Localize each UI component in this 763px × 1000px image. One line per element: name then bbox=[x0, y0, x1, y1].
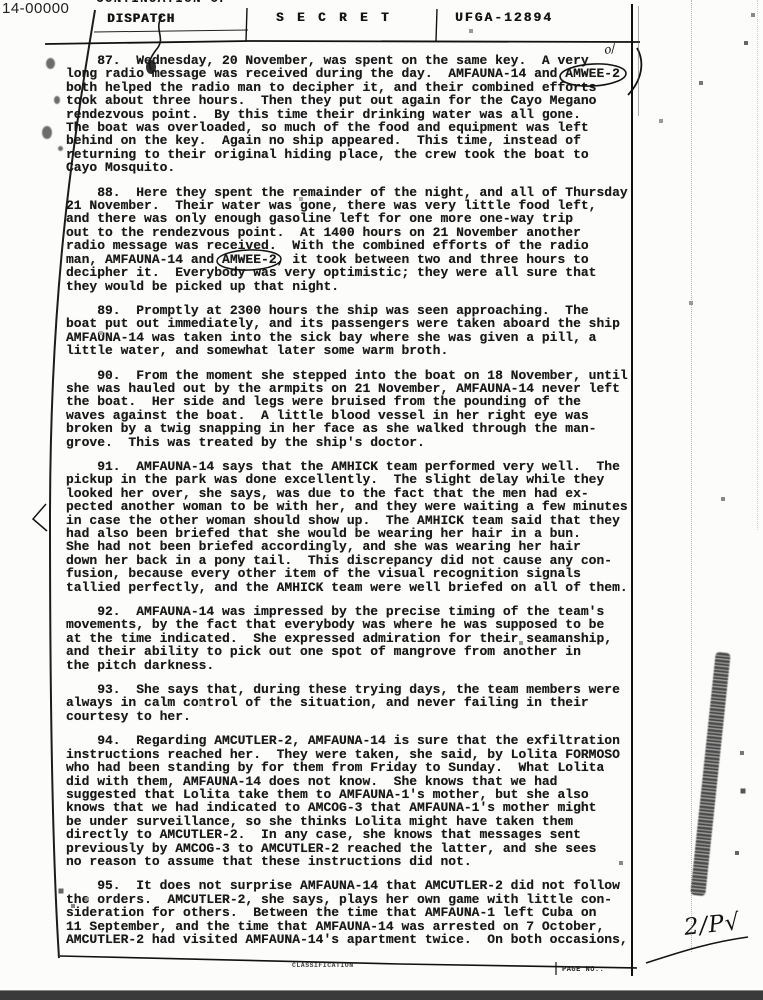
scan-speckle-line bbox=[691, 0, 692, 952]
paragraph-90: 90. From the moment she stepped into the… bbox=[66, 369, 644, 449]
scan-corner-id: 14-00000 bbox=[2, 0, 69, 17]
page-mark-underline bbox=[646, 937, 748, 963]
ink-blob bbox=[46, 58, 55, 69]
scan-bottom-bar bbox=[0, 990, 763, 1000]
paragraph-88: 88. Here they spent the remainder of the… bbox=[66, 186, 644, 293]
footer-page-no-label: PAGE NO.. bbox=[562, 966, 604, 974]
paragraph-89: 89. Promptly at 2300 hours the ship was … bbox=[66, 304, 644, 358]
paragraph-91: 91. AMFAUNA-14 says that the AMHICK team… bbox=[66, 460, 644, 594]
paragraph-94: 94. Regarding AMCUTLER-2, AMFAUNA-14 is … bbox=[66, 734, 644, 868]
page-right-border-ghost bbox=[638, 6, 639, 116]
margin-chevron-mark bbox=[33, 504, 47, 531]
continuation-of-dispatch-label: CONTINUATION OF DISPATCH bbox=[96, 0, 296, 7]
footer-classification-caption: CLASSIFICATION bbox=[292, 962, 354, 969]
paragraph-87: 87. Wednesday, 20 November, was spent on… bbox=[66, 54, 644, 175]
ink-blob bbox=[54, 96, 60, 104]
handwritten-mark-para87: o/ bbox=[603, 41, 617, 57]
paragraph-92: 92. AMFAUNA-14 was impressed by the prec… bbox=[66, 605, 644, 672]
page-right-border bbox=[631, 4, 633, 976]
paragraph-93: 93. She says that, during these trying d… bbox=[66, 683, 644, 723]
document-body: 87. Wednesday, 20 November, was spent on… bbox=[66, 54, 644, 957]
paragraph-95: 95. It does not surprise AMFAUNA-14 that… bbox=[66, 879, 644, 946]
dispatch-label: DISPATCH bbox=[107, 12, 175, 26]
ink-blob bbox=[42, 126, 52, 139]
dispatch-reference-number: UFGA-12894 bbox=[455, 10, 553, 25]
ink-blob bbox=[58, 146, 63, 151]
scan-speckle-line-2 bbox=[757, 0, 758, 530]
classification-banner: S E C R E T bbox=[276, 11, 392, 25]
scanned-document-page: 14-00000 CONTINUATION OF DISPATCH DISPAT… bbox=[0, 0, 763, 1000]
illegible-stamp bbox=[690, 652, 730, 896]
scan-noise-specks bbox=[0, 0, 2, 2]
